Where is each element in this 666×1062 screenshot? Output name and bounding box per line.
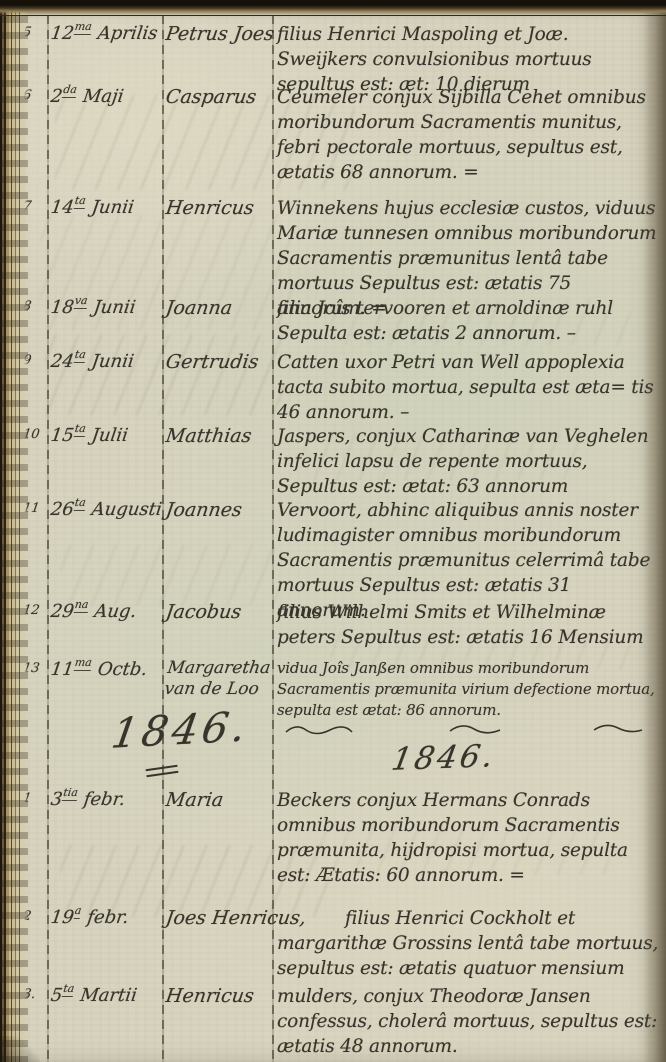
column-rule-date — [162, 15, 164, 1062]
entry-date: 15taJulii — [49, 424, 166, 446]
year-heading-left: 1846. — [108, 702, 253, 758]
entry-day: 18 — [49, 297, 75, 318]
column-rule-number — [47, 15, 49, 1062]
entry-day: 14 — [49, 197, 75, 218]
entry-day: 12 — [49, 23, 75, 44]
entry-name: Matthias — [164, 424, 269, 448]
column-rule-name — [272, 15, 274, 1062]
entry-date: 18vaJunii — [49, 296, 166, 318]
entry-body: Ceumeler conjux Sijbilla Cehet omnibus m… — [277, 85, 663, 185]
entry-day-ordinal: ta — [74, 194, 87, 209]
entry-month: Junii — [92, 297, 137, 318]
entry-day-ordinal: ma — [74, 656, 93, 671]
entry-name: Joanna — [164, 296, 269, 320]
entry-month: Octb. — [96, 659, 148, 680]
entry-day: 26 — [49, 499, 75, 520]
entry-body: Beckers conjux Hermans Conrads omnibus m… — [277, 788, 663, 888]
entry-month: Aprilis — [96, 23, 159, 44]
entry-date: 29naAug. — [49, 600, 166, 622]
entry-name: Joannes — [164, 498, 269, 522]
entry-date: 12maAprilis — [49, 22, 166, 44]
book-top-edge — [0, 0, 666, 16]
page-gutter-shadow-right — [642, 0, 666, 1062]
entry-date: 3tiafebr. — [49, 788, 166, 810]
entry-day-ordinal: ma — [74, 20, 93, 35]
entry-day: 24 — [49, 351, 75, 372]
entry-day-ordinal: ta — [74, 348, 87, 363]
entry-day-ordinal: na — [74, 598, 90, 613]
entry-name: Joes Henricus, — [164, 906, 269, 930]
entry-body: mulders, conjux Theodoræ Jansen confessu… — [277, 984, 663, 1059]
year-heading-right: 1846. — [389, 738, 499, 778]
entry-name: Maria — [164, 788, 269, 812]
entry-day: 15 — [49, 425, 75, 446]
book-binding-left — [0, 0, 28, 1062]
entry-name: Henricus — [164, 984, 269, 1008]
entry-day-ordinal: tia — [62, 786, 79, 801]
entry-date: 14taJunii — [49, 196, 166, 218]
entry-day-ordinal: da — [62, 83, 78, 98]
entry-day-ordinal: ta — [62, 982, 75, 997]
entry-body: vidua Joîs Janßen omnibus moribundorum S… — [277, 658, 663, 721]
entry-name: Jacobus — [164, 600, 269, 624]
entry-body: filius Wilhelmi Smits et Wilhelminæ pete… — [277, 600, 663, 650]
entry-name: Gertrudis — [164, 350, 269, 374]
entry-month: Junii — [90, 197, 135, 218]
flourish-marks — [282, 718, 654, 740]
entry-day-ordinal: a — [74, 904, 83, 919]
entry-body: Catten uxor Petri van Well appoplexia ta… — [277, 350, 663, 425]
entry-month: febr. — [86, 907, 130, 928]
entry-name: Henricus — [164, 196, 269, 220]
entry-month: Maji — [82, 86, 125, 107]
entry-day-ordinal: ta — [74, 496, 87, 511]
entry-month: Augusti — [90, 499, 163, 520]
entry-day: 11 — [49, 659, 75, 680]
entry-date: 5taMartii — [49, 984, 166, 1006]
entry-month: Junii — [90, 351, 135, 372]
entry-date: 24taJunii — [49, 350, 166, 372]
entry-date: 2daMaji — [49, 85, 166, 107]
entry-date: 19afebr. — [49, 906, 166, 928]
book-corner-bottom-left — [0, 1036, 40, 1062]
entry-day-ordinal: ta — [74, 422, 87, 437]
entry-month: Julii — [90, 425, 129, 446]
burial-register-scan: 5 12maAprilis Petrus Joes filius Henrici… — [0, 0, 666, 1062]
entry-day: 19 — [49, 907, 75, 928]
entry-month: febr. — [82, 789, 126, 810]
entry-name: Petrus Joes — [164, 22, 269, 46]
entry-body: filia Joîs tervooren et arnoldinæ ruhl S… — [277, 296, 663, 346]
bleedthrough-patch — [60, 545, 280, 605]
entry-body: Jaspers, conjux Catharinæ van Veghelen i… — [277, 424, 663, 499]
entry-date: 26taAugusti — [49, 498, 166, 520]
entry-date: 11maOctb. — [49, 658, 166, 680]
entry-month: Martii — [79, 985, 138, 1006]
entry-name: Casparus — [164, 85, 269, 109]
entry-body: filius Henrici Cockholt et margarithæ Gr… — [277, 906, 663, 981]
bleedthrough-patch — [45, 335, 285, 415]
entry-month: Aug. — [93, 601, 138, 622]
entry-day-ordinal: va — [74, 294, 89, 309]
entry-day: 29 — [49, 601, 75, 622]
entry-name: Margaretha van de Loo — [163, 658, 271, 700]
